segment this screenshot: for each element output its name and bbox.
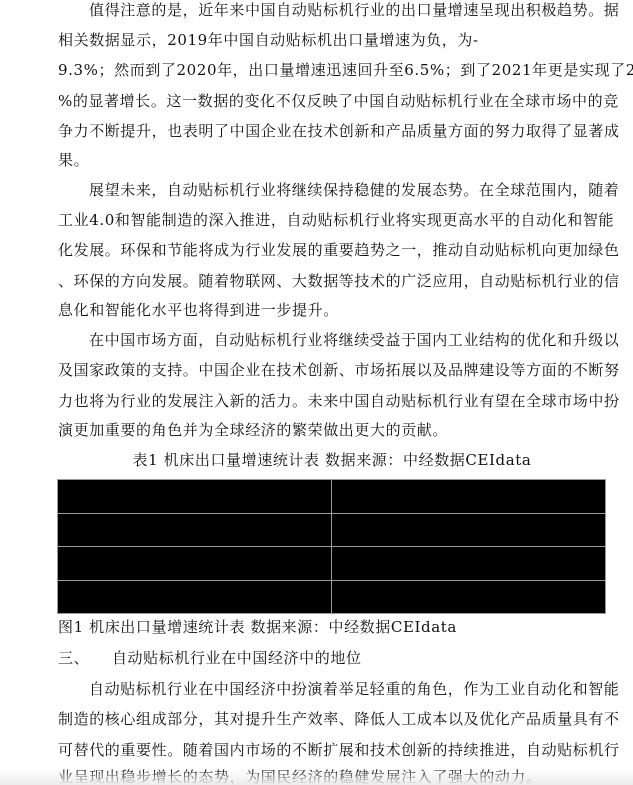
text-line: 果。 [58, 150, 618, 170]
table-row [58, 513, 606, 547]
text-line: 可替代的重要性。随着国内市场的不断扩展和技术创新的持续推进，自动贴标机行 [58, 740, 618, 760]
table-row [58, 580, 606, 614]
text-line: 9.3%；然而到了2020年，出口量增速迅速回升至6.5%；到了2021年更是实… [58, 60, 618, 80]
table-cell [332, 547, 606, 581]
text-line: 及国家政策的支持。中国企业在技术创新、市场拓展以及品牌建设等方面的不断努 [58, 360, 618, 380]
table-cell [58, 580, 332, 614]
text-line: 争力不断提升，也表明了中国企业在技术创新和产品质量方面的努力取得了显著成 [58, 121, 618, 141]
table-cell [58, 513, 332, 547]
section-heading: 三、 自动贴标机行业在中国经济中的地位 [58, 648, 618, 668]
table-cell [58, 547, 332, 581]
table-cell [332, 480, 606, 514]
text-line: 力也将为行业的发展注入新的活力。未来中国自动贴标机行业有望在全球市场中扮 [58, 391, 618, 411]
page-bottom-shadow [0, 770, 633, 785]
section-title: 自动贴标机行业在中国经济中的地位 [112, 649, 362, 667]
table-cell [332, 580, 606, 614]
text-line: 制造的核心组成部分，其对提升生产效率、降低人工成本以及优化产品质量具有不 [58, 709, 618, 729]
table-row [58, 480, 606, 514]
text-line: 、环保的方向发展。随着物联网、大数据等技术的广泛应用，自动贴标机行业的信 [58, 271, 618, 291]
table-cell [58, 480, 332, 514]
text-line: 在中国市场方面，自动贴标机行业将继续受益于国内工业结构的优化和升级以 [89, 330, 619, 350]
text-line: 自动贴标机行业在中国经济中扮演着举足轻重的角色，作为工业自动化和智能 [89, 679, 619, 699]
text-line: 相关数据显示，2019年中国自动贴标机出口量增速为负，为- [58, 30, 618, 50]
table-row [58, 547, 606, 581]
figure-caption: 图1 机床出口量增速统计表 数据来源：中经数据CEIdata [58, 617, 618, 637]
table-cell [332, 513, 606, 547]
text-line: 展望未来，自动贴标机行业将继续保持稳健的发展态势。在全球范围内，随着 [89, 180, 619, 200]
text-line: 化发展。环保和节能将成为行业发展的重要趋势之一，推动自动贴标机向更加绿色 [58, 240, 618, 260]
text-line: %的显著增长。这一数据的变化不仅反映了中国自动贴标机行业在全球市场中的竞 [58, 91, 618, 111]
section-number: 三、 [58, 649, 89, 667]
text-line: 值得注意的是，近年来中国自动贴标机行业的出口量增速呈现出积极趋势。据 [89, 0, 619, 20]
document-page: 值得注意的是，近年来中国自动贴标机行业的出口量增速呈现出积极趋势。据 相关数据显… [0, 0, 633, 785]
export-growth-table [57, 479, 606, 614]
text-line: 演更加重要的角色并为全球经济的繁荣做出更大的贡献。 [58, 420, 618, 440]
text-line: 息化和智能化水平也将得到进一步提升。 [58, 300, 618, 320]
table-caption: 表1 机床出口量增速统计表 数据来源：中经数据CEIdata [58, 450, 606, 470]
text-line: 工业4.0和智能制造的深入推进，自动贴标机行业将实现更高水平的自动化和智能 [58, 210, 618, 230]
